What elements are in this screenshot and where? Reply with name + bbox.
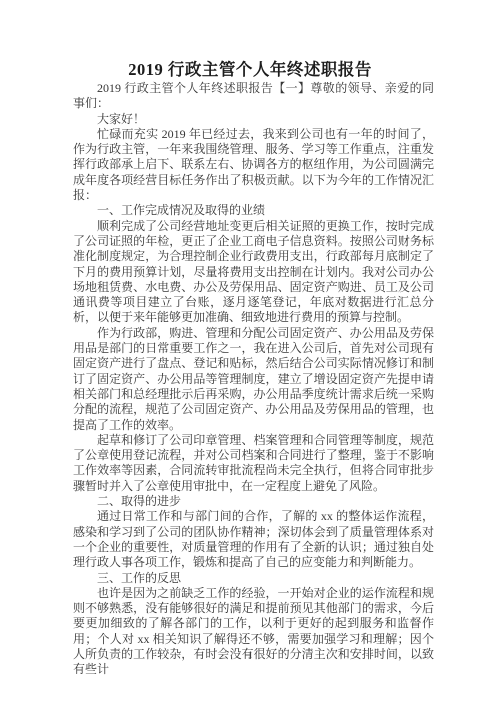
paragraph: 作为行政部，购进、管理和分配公司固定资产、办公用品及劳保用品是部门的日常重要工作…	[73, 326, 434, 433]
paragraph: 起草和修订了公司印章管理、档案管理和合同管理等制度，规范了公章使用登记流程，并对…	[73, 433, 434, 494]
paragraph: 也许是因为之前缺乏工作的经验，一开始对企业的运作流程和规则不够熟悉，没有能够很好…	[73, 586, 434, 678]
paragraph: 大家好！	[73, 112, 434, 127]
page-number: 1	[0, 651, 500, 661]
paragraph: 2019 行政主管个人年终述职报告【一】尊敬的领导、亲爱的同事们：	[73, 81, 434, 112]
document-title: 2019 行政主管个人年终述职报告	[0, 56, 500, 80]
section-heading: 三、工作的反思	[73, 571, 434, 586]
paragraph: 忙碌而充实 2019 年已经过去，我来到公司也有一年的时间了，作为行政主管，一年…	[73, 127, 434, 203]
document-body: 2019 行政主管个人年终述职报告【一】尊敬的领导、亲爱的同事们：大家好！忙碌而…	[73, 81, 434, 678]
section-heading: 二、取得的进步	[73, 494, 434, 509]
section-heading: 一、工作完成情况及取得的业绩	[73, 203, 434, 218]
document-page: 2019 行政主管个人年终述职报告 2019 行政主管个人年终述职报告【一】尊敬…	[0, 0, 500, 707]
paragraph: 通过日常工作和与部门间的合作，了解的 xx 的整体运作流程，感染和学习到了公司的…	[73, 509, 434, 570]
paragraph: 顺利完成了公司经营地址变更后相关证照的更换工作，按时完成了公司证照的年检，更正了…	[73, 219, 434, 326]
